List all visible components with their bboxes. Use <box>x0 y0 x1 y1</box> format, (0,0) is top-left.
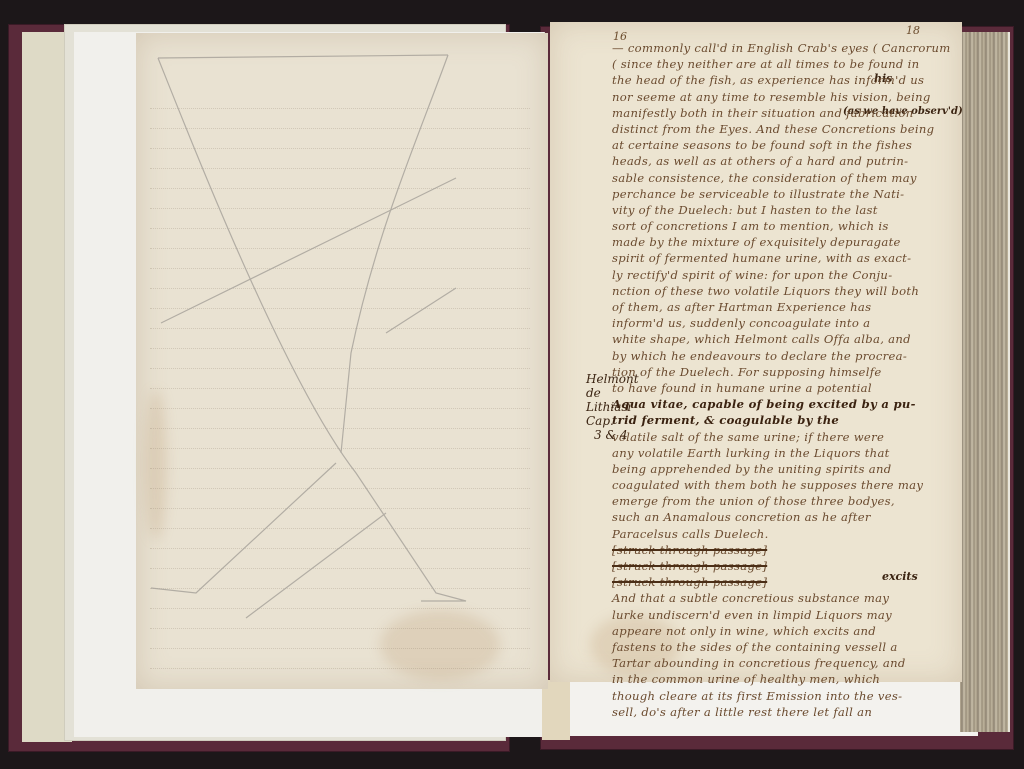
text-line: such an Anamalous concretion as he after <box>612 509 962 525</box>
text-line: And that a subtle concretious substance … <box>612 590 962 606</box>
text-line: made by the mixture of exquisitely depur… <box>612 234 962 250</box>
page-edges <box>960 32 1010 732</box>
text-line: fastens to the sides of the containing v… <box>612 639 962 655</box>
text-line: perchance be serviceable to illustrate t… <box>612 186 962 202</box>
text-line: nor seeme at any time to resemble his vi… <box>612 89 962 105</box>
text-line: nction of these two volatile Liquors the… <box>612 283 962 299</box>
text-line: volatile salt of the same urine; if ther… <box>612 429 962 445</box>
text-line-insert: Aqua vitae, capable of being excited by … <box>612 396 962 412</box>
text-line: ly rectify'd spirit of wine: for upon th… <box>612 267 962 283</box>
text-line: at certaine seasons to be found soft in … <box>612 137 962 153</box>
page-number-right: 18 <box>906 24 920 37</box>
text-line: spirit of fermented humane urine, with a… <box>612 250 962 266</box>
text-line: manifestly both in their situation and f… <box>612 105 962 121</box>
text-line: by which he endeavours to declare the pr… <box>612 348 962 364</box>
text-line: lurke undiscern'd even in limpid Liquors… <box>612 607 962 623</box>
text-line: emerge from the union of those three bod… <box>612 493 962 509</box>
margin-note-line: Helmont de <box>586 372 656 400</box>
struck-line: [struck through passage] <box>612 542 962 558</box>
manuscript-text: — commonly call'd in English Crab's eyes… <box>612 40 962 720</box>
margin-note: Helmont de Lithiasi Cap. 3 & 4 <box>586 372 656 442</box>
struck-line: [struck through passage] <box>612 558 962 574</box>
text-line: of them, as after Hartman Experience has <box>612 299 962 315</box>
text-line: white shape, which Helmont calls Offa al… <box>612 331 962 347</box>
text-line: vity of the Duelech: but I hasten to the… <box>612 202 962 218</box>
text-line: though cleare at its first Emission into… <box>612 688 962 704</box>
text-line: to have found in humane urine a potentia… <box>612 380 962 396</box>
text-line: sell, do's after a little rest there let… <box>612 704 962 720</box>
text-line: Paracelsus calls Duelech. <box>612 526 962 542</box>
text-line: distinct from the Eyes. And these Concre… <box>612 121 962 137</box>
text-line: inform'd us, suddenly concoagulate into … <box>612 315 962 331</box>
text-line: — commonly call'd in English Crab's eyes… <box>612 40 962 56</box>
text-line: tion of the Duelech. For supposing himse… <box>612 364 962 380</box>
margin-note-line: 3 & 4 <box>586 428 656 442</box>
gutter-strip <box>542 680 570 740</box>
text-line: appeare not only in wine, which excits a… <box>612 623 962 639</box>
margin-note-line: Lithiasi Cap. <box>586 400 656 428</box>
text-line: any volatile Earth lurking in the Liquor… <box>612 445 962 461</box>
text-line: sort of concretions I am to mention, whi… <box>612 218 962 234</box>
text-line: being apprehended by the uniting spirits… <box>612 461 962 477</box>
text-line: the head of the fish, as experience has … <box>612 72 962 88</box>
text-line: ( since they neither are at all times to… <box>612 56 962 72</box>
text-line: coagulated with them both he supposes th… <box>612 477 962 493</box>
text-line-insert: trid ferment, & coagulable by the <box>612 412 962 428</box>
pencil-cross-out-lines <box>136 33 548 689</box>
text-line: sable consistence, the consideration of … <box>612 170 962 186</box>
text-line: heads, as well as at others of a hard an… <box>612 153 962 169</box>
text-line: Tartar abounding in concretious frequenc… <box>612 655 962 671</box>
struck-line: [struck through passage] <box>612 574 962 590</box>
text-line: in the common urine of healthy men, whic… <box>612 671 962 687</box>
